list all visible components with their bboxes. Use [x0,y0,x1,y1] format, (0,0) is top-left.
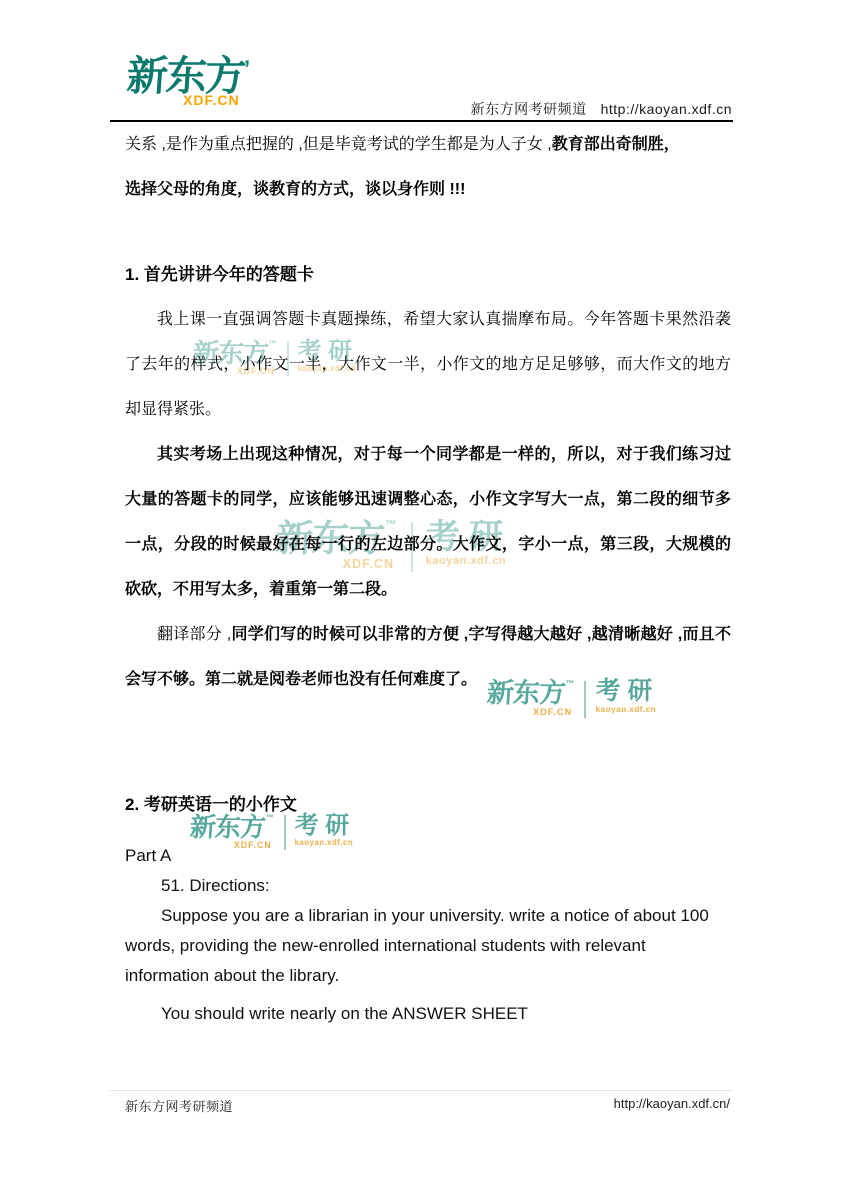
section-heading-1: 1. 首先讲讲今年的答题卡 [125,252,731,297]
footer-url: http://kaoyan.xdf.cn/ [614,1096,730,1111]
intro-bold-text: 教育部出奇制胜， [552,136,680,153]
translation-regular-text: 翻译部分 , [157,626,231,643]
paragraph-translation: 翻译部分 ,同学们写的时候可以非常的方便 ,字写得越大越好 ,越清晰越好 ,而且… [125,612,731,702]
document-page: 新东方’ XDF.CN 新东方网考研频道http://kaoyan.xdf.cn… [0,0,844,1193]
xdf-logo-brand-text: 新东方 [126,56,246,97]
footer-channel-label: 新东方网考研频道 [125,1096,233,1115]
header-url: http://kaoyan.xdf.cn [601,101,732,117]
answer-sheet-note: You should write nearly on the ANSWER SH… [125,999,731,1029]
intro-regular-text: 关系 ,是作为重点把握的 ,但是毕竟考试的学生都是为人子女 , [125,136,552,153]
paragraph-intro-line2: 选择父母的角度，谈教育的方式，谈以身作则 !!! [125,167,731,212]
paragraph-english-prompt: Suppose you are a librarian in your univ… [125,901,731,991]
directions-label: 51. Directions: [125,871,731,901]
xdf-logo: 新东方’ XDF.CN [127,56,257,107]
document-body: 关系 ,是作为重点把握的 ,但是毕竟考试的学生都是为人子女 ,教育部出奇制胜， … [125,122,731,1029]
section-heading-2: 2. 考研英语一的小作文 [125,782,731,827]
paragraph-exam-advice: 其实考场上出现这种情况，对于每一个同学都是一样的，所以，对于我们练习过大量的答题… [125,432,731,612]
paragraph-answer-card: 我上课一直强调答题卡真题操练，希望大家认真揣摩布局。今年答题卡果然沿袭了去年的样… [125,297,731,432]
paragraph-intro-line1: 关系 ,是作为重点把握的 ,但是毕竟考试的学生都是为人子女 ,教育部出奇制胜， [125,122,731,167]
part-a-label: Part A [125,841,731,871]
footer-divider-rule [110,1090,733,1091]
header-channel-label: 新东方网考研频道 [471,101,587,117]
header-channel-line: 新东方网考研频道http://kaoyan.xdf.cn [471,99,732,119]
